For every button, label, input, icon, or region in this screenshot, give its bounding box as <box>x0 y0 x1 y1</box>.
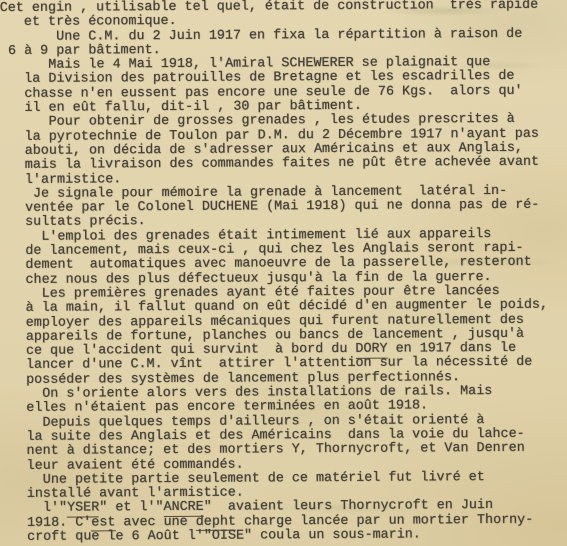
text-line: croft que le 6 Août l'"OISE" coula un so… <box>3 528 565 546</box>
typed-text-block: Cet engin , utilisable tel quel, était d… <box>0 0 565 545</box>
scanned-page: Cet engin , utilisable tel quel, était d… <box>0 0 567 546</box>
